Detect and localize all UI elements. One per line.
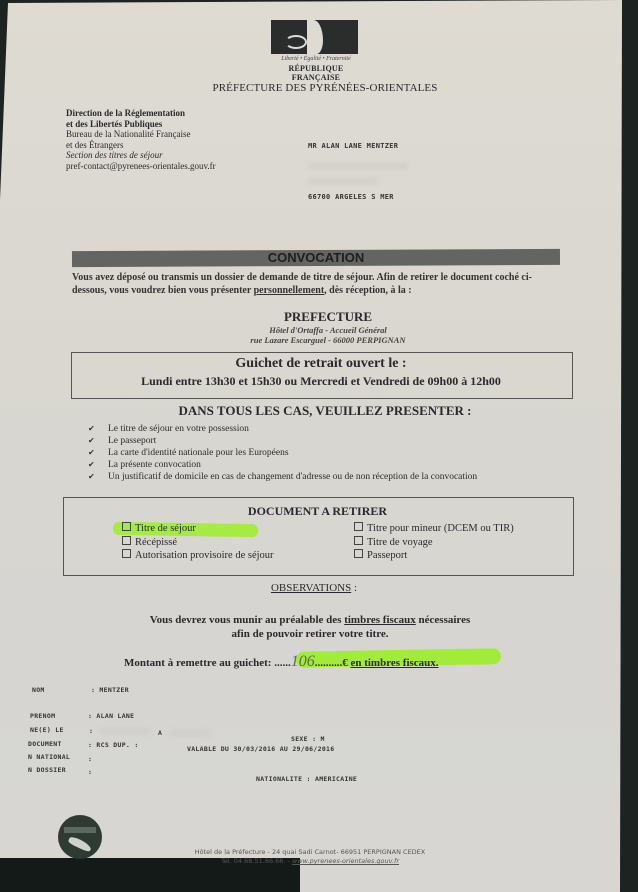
field-ne-label: NE(E) LE xyxy=(30,726,64,734)
emphasis-personnellement: personnellement xyxy=(254,285,325,296)
list-item: ✔Le titre de séjour en votre possession xyxy=(88,423,477,435)
field-sexe: SEXE : M xyxy=(291,735,325,743)
field-nationalite: NATIONALITE : AMERICAINE xyxy=(256,775,357,783)
option-titre-sejour: Titre de séjour xyxy=(122,522,274,536)
eco-badge-icon xyxy=(58,815,102,859)
montant-line: Montant à remettre au guichet: ......106… xyxy=(124,653,439,671)
marianne-logo-icon xyxy=(271,20,358,54)
present-list: ✔Le titre de séjour en votre possession … xyxy=(88,423,477,483)
republic-motto: Liberté • Égalité • Fraternité xyxy=(271,56,361,62)
document-options-right: Titre pour mineur (DCEM ou TIR) Titre de… xyxy=(354,522,514,563)
field-prenom-label: PRENOM xyxy=(30,712,55,720)
field-valable: VALABLE DU 30/03/2016 AU 29/06/2016 xyxy=(187,745,334,753)
guichet-title: Guichet de retrait ouvert le : xyxy=(71,356,571,372)
republic-label: RÉPUBLIQUE FRANÇAISE xyxy=(266,64,366,82)
sender-block: Direction de la Réglementation et des Li… xyxy=(66,108,216,172)
checkbox-icon xyxy=(122,522,131,531)
document-options-left: Titre de séjour Récépissé Autorisation p… xyxy=(122,522,274,563)
checkbox-icon xyxy=(354,549,363,558)
option-autorisation-provisoire: Autorisation provisoire de séjour xyxy=(122,549,274,563)
field-national-value: : xyxy=(88,755,92,763)
field-document-value: : RCS DUP. : xyxy=(88,741,139,749)
checkmark-icon: ✔ xyxy=(88,471,108,483)
convocation-title: CONVOCATION xyxy=(72,250,560,266)
convocation-intro: Vous avez déposé ou transmis un dossier … xyxy=(72,272,564,297)
field-prenom-value: : ALAN LANE xyxy=(88,712,134,720)
redacted-birthplace xyxy=(170,730,210,736)
field-dossier-value: : xyxy=(88,768,92,776)
redacted-birthdate xyxy=(100,728,150,734)
list-item: ✔La présente convocation xyxy=(88,459,477,471)
checkbox-icon xyxy=(122,536,131,545)
field-ne-value: : xyxy=(89,727,93,735)
footer-address: Hôtel de la Préfecture - 24 quai Sadi Ca… xyxy=(160,848,460,866)
sender-section: Section des titres de séjour xyxy=(66,150,216,161)
document-title: DOCUMENT A RETIRER xyxy=(63,504,572,519)
place-heading: PREFECTURE xyxy=(200,309,456,325)
option-titre-mineur: Titre pour mineur (DCEM ou TIR) xyxy=(354,522,514,536)
field-dossier-label: N DOSSIER xyxy=(28,766,66,774)
list-item: ✔Un justificatif de domicile en cas de c… xyxy=(88,471,477,483)
redacted-address-1 xyxy=(308,163,408,169)
field-ne-a: A xyxy=(158,729,162,737)
recipient-city: 66700 ARGELES S MER xyxy=(308,193,394,201)
sender-bureau-1: Bureau de la Nationalité Française xyxy=(66,129,216,140)
present-title: DANS TOUS LES CAS, VEUILLEZ PRESENTER : xyxy=(140,403,510,419)
list-item: ✔Le passeport xyxy=(88,435,477,447)
checkmark-icon: ✔ xyxy=(88,423,108,435)
guichet-hours: Lundi entre 13h30 et 15h30 ou Mercredi e… xyxy=(71,374,571,389)
field-national-label: N NATIONAL xyxy=(28,753,70,761)
field-nom-label: NOM xyxy=(32,686,45,694)
sender-direction-1: Direction de la Réglementation xyxy=(66,108,216,119)
checkmark-icon: ✔ xyxy=(88,435,108,447)
sender-direction-2: et des Libertés Publiques xyxy=(66,119,216,130)
sender-bureau-2: et des Étrangers xyxy=(66,140,216,151)
prefecture-title: PRÉFECTURE DES PYRÉNÉES-ORIENTALES xyxy=(200,82,450,94)
redacted-address-2 xyxy=(308,178,378,184)
option-recepisse: Récépissé xyxy=(122,536,274,550)
field-nom-value: : MENTZER xyxy=(91,686,129,694)
observations-text: Vous devrez vous munir au préalable des … xyxy=(100,614,520,641)
sender-email: pref-contact@pyrenees-orientales.gouv.fr xyxy=(66,161,216,172)
place-address: Hôtel d'Ortaffa - Accueil Général rue La… xyxy=(200,325,456,345)
observations-title: OBSERVATIONS : xyxy=(200,582,428,594)
option-titre-voyage: Titre de voyage xyxy=(354,536,514,550)
checkbox-icon xyxy=(122,549,131,558)
website-link: www.pyrenees-orientales.gouv.fr xyxy=(292,857,399,865)
checkbox-icon xyxy=(354,536,363,545)
handwritten-amount: 106 xyxy=(291,653,315,670)
list-item: ✔La carte d'identité nationale pour les … xyxy=(88,447,477,459)
field-document-label: DOCUMENT xyxy=(28,740,62,748)
checkbox-icon xyxy=(354,522,363,531)
checkmark-icon: ✔ xyxy=(88,447,108,459)
checkmark-icon: ✔ xyxy=(88,459,108,471)
option-passeport: Passeport xyxy=(354,549,514,563)
recipient-name: MR ALAN LANE MENTZER xyxy=(308,142,398,150)
